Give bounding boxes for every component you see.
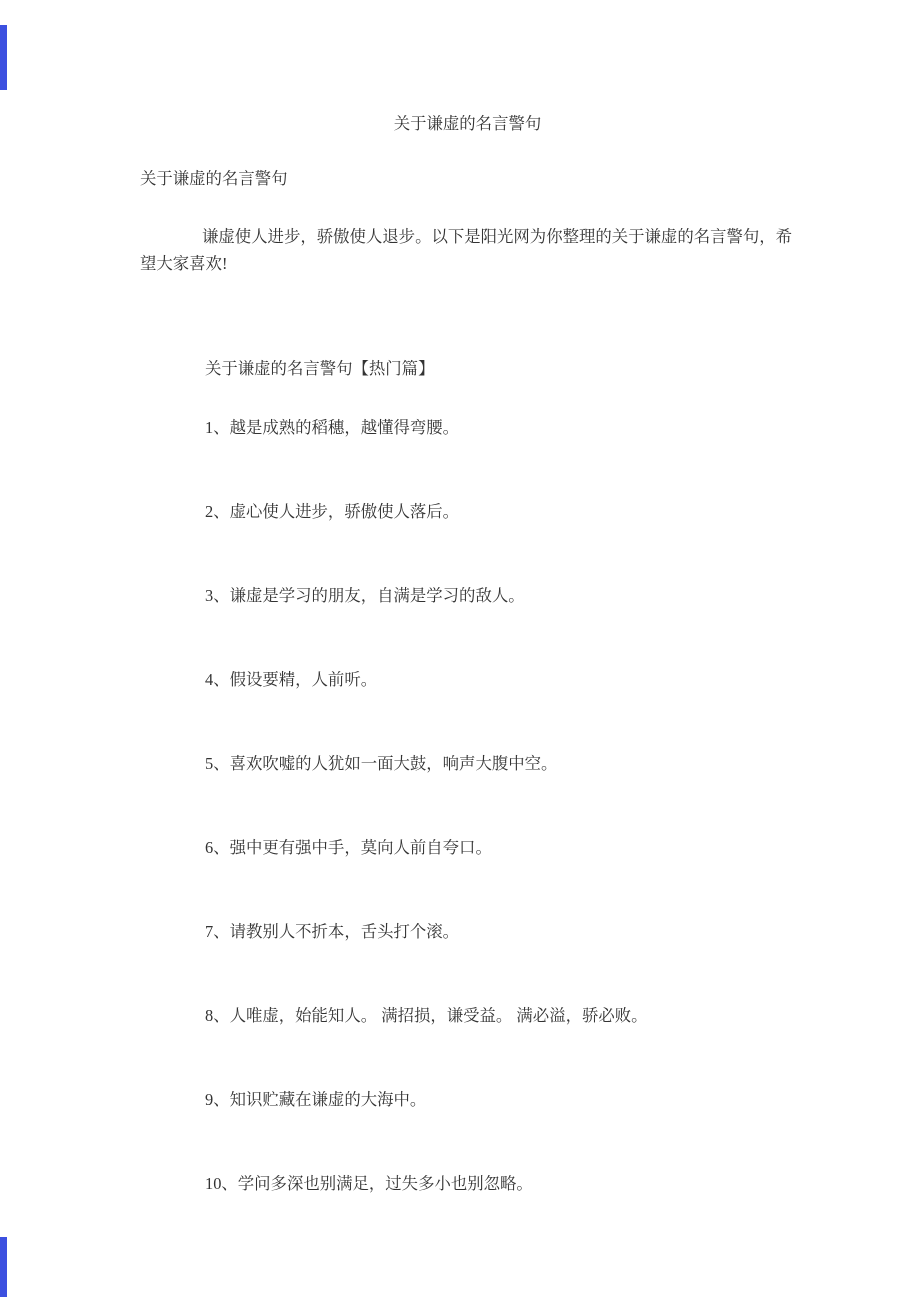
document-title: 关于谦虚的名言警句 <box>140 110 795 137</box>
quote-item: 10、学问多深也别满足，过失多小也别忽略。 <box>140 1170 795 1197</box>
intro-paragraph: 谦虚使人进步，骄傲使人退步。以下是阳光网为你整理的关于谦虚的名言警句，希望大家喜… <box>140 223 795 277</box>
quote-item: 2、虚心使人进步，骄傲使人落后。 <box>140 498 795 525</box>
quote-item: 5、喜欢吹嘘的人犹如一面大鼓，响声大腹中空。 <box>140 750 795 777</box>
quote-item: 8、人唯虚，始能知人。 满招损，谦受益。 满必溢，骄必败。 <box>140 1002 795 1029</box>
quote-item: 1、越是成熟的稻穗，越懂得弯腰。 <box>140 414 795 441</box>
quote-item: 9、知识贮藏在谦虚的大海中。 <box>140 1086 795 1113</box>
document-page: 关于谦虚的名言警句 关于谦虚的名言警句 谦虚使人进步，骄傲使人退步。以下是阳光网… <box>0 0 920 1302</box>
document-subtitle: 关于谦虚的名言警句 <box>140 165 795 192</box>
quote-item: 3、谦虚是学习的朋友，自满是学习的敌人。 <box>140 582 795 609</box>
quote-item: 4、假设要精，人前听。 <box>140 666 795 693</box>
quote-item: 7、请教别人不折本，舌头打个滚。 <box>140 918 795 945</box>
quote-item: 6、强中更有强中手，莫向人前自夸口。 <box>140 834 795 861</box>
section-heading: 关于谦虚的名言警句【热门篇】 <box>140 355 795 382</box>
